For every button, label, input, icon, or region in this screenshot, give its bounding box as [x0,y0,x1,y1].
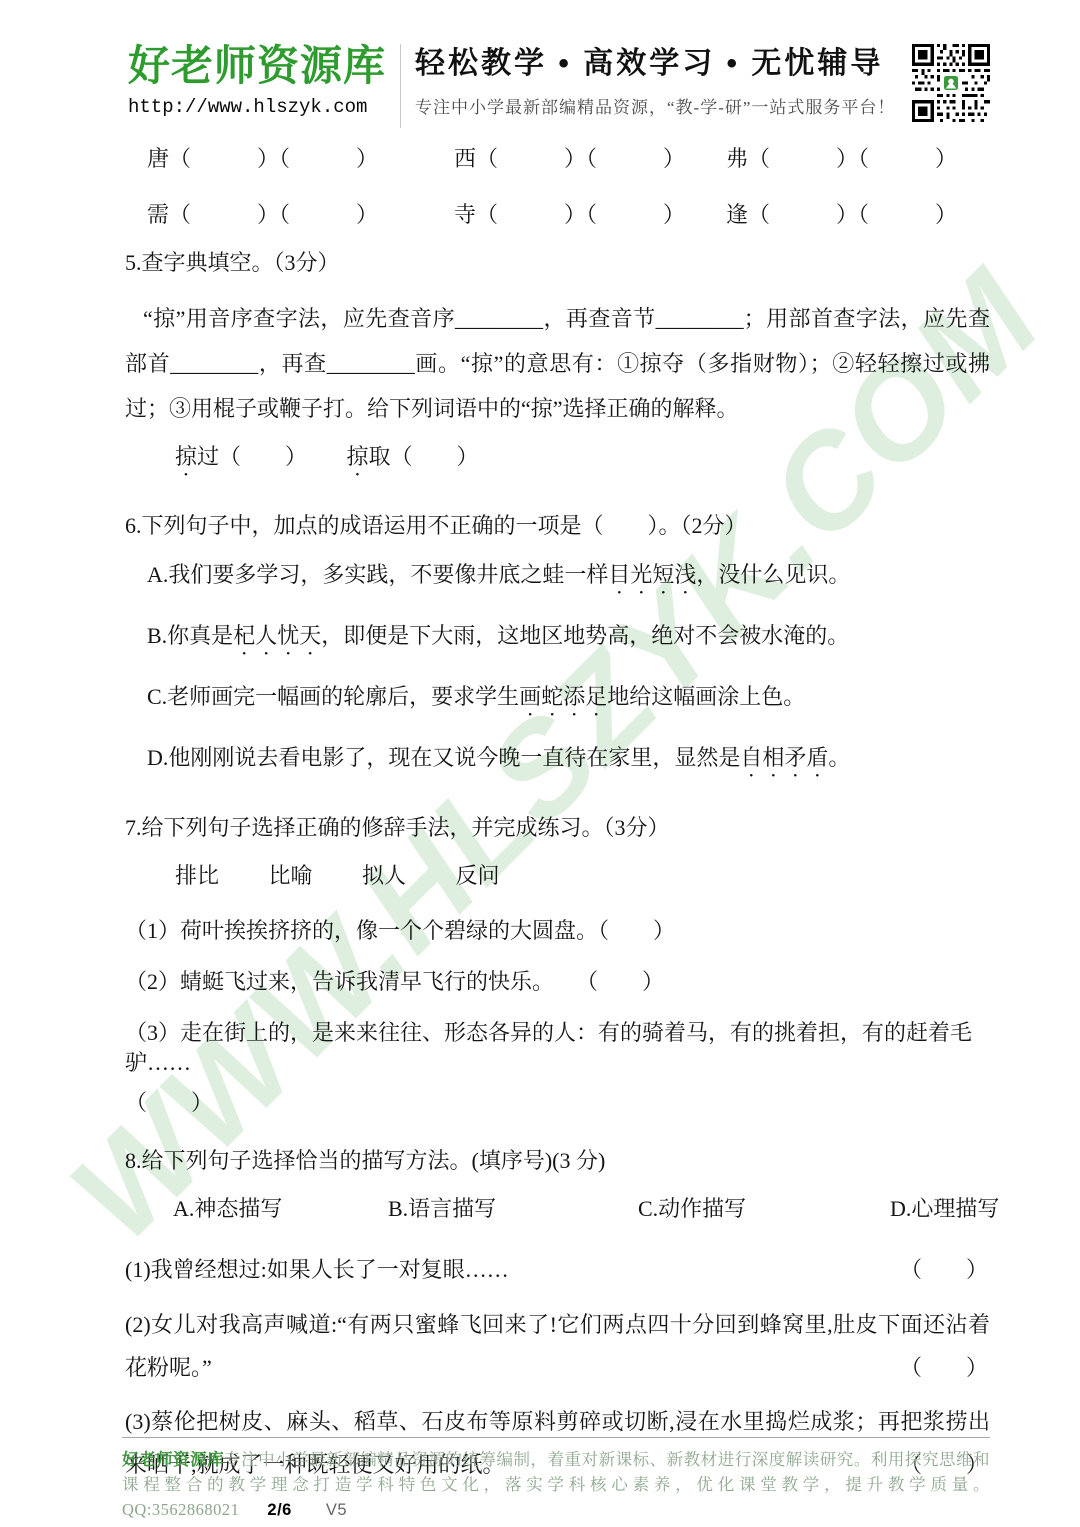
dotted-idiom: 自相矛盾 [740,745,828,770]
word-with-blank: 过（ ） [197,444,307,469]
question6-option-a: A.我们要多学习，多实践，不要像井底之蛙一样目光短浅，没什么见识。 [125,559,990,599]
header: 好老师资源库 http://www.hlszyk.com 轻松教学 • 高效学习… [128,42,990,128]
answer-blank: （ ） [900,1248,988,1291]
method-option: 反问 [456,863,500,888]
tagline-block: 轻松教学 • 高效学习 • 无忧辅导 专注中小学最新部编精品资源，“教-学-研”… [415,42,904,118]
blank-brackets: （ ）（ ） [748,202,957,227]
char: 寺 [454,202,476,227]
site-url: http://www.hlszyk.com [128,96,386,118]
qr-code-icon [912,44,990,127]
question7-item-3: （3）走在街上的，是来来往往、形态各异的人：有的骑着马，有的挑着担，有的赶着毛驴… [125,1018,990,1078]
method-option: 比喻 [269,863,313,888]
footer-brand: 好老师资源库 [122,1450,224,1469]
describe-option: B.语言描写 [388,1194,638,1224]
question6-title: 6.下列句子中，加点的成语运用不正确的一项是（ ）。（2分） [125,511,990,541]
question7-item-2: （2）蜻蜓飞过来，告诉我清早飞行的快乐。 （ ） [125,967,990,997]
exam-content: 唐（ ）（ ） 西（ ）（ ） 弗（ ）（ ） 需（ ）（ ） 寺（ ）（ ） … [125,142,990,1497]
dotted-idiom: 目光短浅 [608,562,696,587]
dotted-idiom: 杞人忧天 [233,623,321,648]
option-text: 地给这幅画涂上色。 [607,684,805,709]
question5-title: 5.查字典填空。（3分） [125,248,990,278]
answer-blank: （ ） [900,1346,988,1389]
option-text: ，没什么见识。 [696,562,850,587]
char: 需 [147,202,169,227]
header-divider [400,44,401,128]
brand-logo: 好老师资源库 [128,42,386,90]
question5-body: “掠”用音序查字法，应先查音序________，再查音节________；用部首… [125,296,990,431]
blank-brackets: （ ）（ ） [476,146,685,171]
footer-text: 专注中小学最新部编精品资源的统筹编制，着重对新课标、新教材进行深度解读研究。利用… [122,1450,990,1519]
word-cell: 逢（ ）（ ） [726,198,966,232]
option-text: 。 [828,745,850,770]
option-text: ，即便是下大雨，这地区地势高，绝对不会被水淹的。 [321,623,849,648]
blank-brackets: （ ）（ ） [169,146,378,171]
method-option: 排比 [175,863,219,888]
blank-brackets: （ ）（ ） [748,146,957,171]
word-cell: 弗（ ）（ ） [726,142,966,176]
page-number: 2/6 [267,1501,291,1519]
method-option: 拟人 [362,863,406,888]
describe-option: C.动作描写 [638,1194,890,1224]
item-text: (1)我曾经想过:如果人长了一对复眼…… [125,1257,509,1282]
char: 逢 [726,202,748,227]
blank-brackets: （ ）（ ） [169,202,378,227]
question6-option-c: C.老师画完一幅画的轮廓后，要求学生画蛇添足地给这幅画涂上色。 [125,681,990,721]
header-subtitle: 专注中小学最新部编精品资源，“教-学-研”一站式服务平台！ [415,93,904,118]
word-with-blank: 取（ ） [369,444,479,469]
dotted-idiom: 画蛇添足 [519,684,607,709]
question8-title: 8.给下列句子选择恰当的描写方法。(填序号)(3 分) [125,1146,990,1176]
version-label: V5 [326,1501,347,1519]
question8-item-1: (1)我曾经想过:如果人长了一对复眼…… （ ） [125,1248,990,1291]
word-cell: 西（ ）（ ） [454,142,726,176]
question7-item-3-answer-blank: （ ） [125,1088,990,1118]
dotted-char: 掠 [175,444,197,469]
option-text: B.你真是 [147,623,233,648]
word-building-rows: 唐（ ）（ ） 西（ ）（ ） 弗（ ）（ ） 需（ ）（ ） 寺（ ）（ ） … [125,142,990,232]
word-row: 需（ ）（ ） 寺（ ）（ ） 逢（ ）（ ） [147,198,990,232]
word-cell: 需（ ）（ ） [147,198,454,232]
logo-block: 好老师资源库 http://www.hlszyk.com [128,42,386,118]
question6-option-b: B.你真是杞人忧天，即便是下大雨，这地区地势高，绝对不会被水淹的。 [125,620,990,660]
dotted-char: 掠 [347,444,369,469]
question7-title: 7.给下列句子选择正确的修辞手法，并完成练习。（3分） [125,813,990,843]
word-cell: 唐（ ）（ ） [147,142,454,176]
option-text: C.老师画完一幅画的轮廓后，要求学生 [147,684,519,709]
question7-item-1: （1）荷叶挨挨挤挤的，像一个个碧绿的大圆盘。（ ） [125,916,990,946]
option-text: A.我们要多学习，多实践，不要像井底之蛙一样 [147,562,608,587]
question6-option-d: D.他刚刚说去看电影了，现在又说今晚一直待在家里，显然是自相矛盾。 [125,742,990,782]
question8-option-bank: A.神态描写 B.语言描写 C.动作描写 D.心理描写 [125,1194,990,1224]
question5-word-choices: 掠过（ ） 掠取（ ） [125,441,990,481]
char: 弗 [726,146,748,171]
exam-paper-page: WWW.HLSZYK.COM 好老师资源库 http://www.hlszyk.… [0,0,1080,1527]
question8-item-2: (2)女儿对我高声喊道:“有两只蜜蜂飞回来了!它们两点四十分回到蜂窝里,肚皮下面… [125,1303,990,1389]
blank-brackets: （ ）（ ） [476,202,685,227]
describe-option: A.神态描写 [173,1194,388,1224]
describe-option: D.心理描写 [890,1194,999,1224]
word-cell: 寺（ ）（ ） [454,198,726,232]
char: 唐 [147,146,169,171]
option-text: D.他刚刚说去看电影了，现在又说今晚一直待在家里，显然是 [147,745,740,770]
question7-method-bank: 排比 比喻 拟人 反问 [125,861,990,891]
footer: 好老师资源库专注中小学最新部编精品资源的统筹编制，着重对新课标、新教材进行深度解… [122,1437,990,1523]
item-text: (2)女儿对我高声喊道:“有两只蜜蜂飞回来了!它们两点四十分回到蜂窝里,肚皮下面… [125,1312,990,1380]
header-tagline: 轻松教学 • 高效学习 • 无忧辅导 [415,44,904,84]
char: 西 [454,146,476,171]
word-row: 唐（ ）（ ） 西（ ）（ ） 弗（ ）（ ） [147,142,990,176]
